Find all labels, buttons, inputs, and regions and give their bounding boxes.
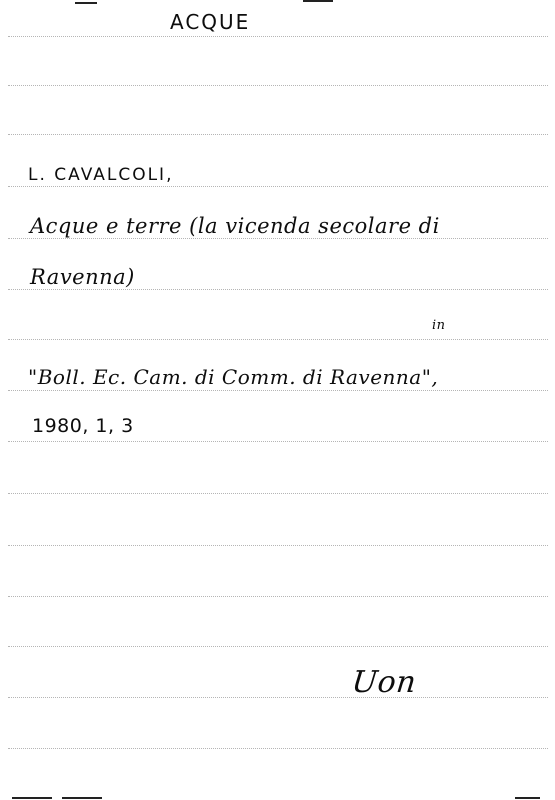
ruled-line: [8, 339, 548, 340]
index-card: ACQUE L. CAVALCOLI, Acque e terre (la vi…: [0, 0, 555, 800]
work-title-line-2: Ravenna): [30, 265, 135, 289]
ruled-line: [8, 646, 548, 647]
signature: Uon: [350, 665, 418, 700]
subject-heading: ACQUE: [170, 10, 250, 34]
ruled-line: [8, 85, 548, 86]
citation-year-volume-page: 1980, 1, 3: [32, 415, 134, 437]
ruled-line: [8, 134, 548, 135]
ruled-line: [8, 390, 548, 391]
work-title-line-1: Acque e terre (la vicenda secolare di: [30, 214, 440, 238]
source-publication: "Boll. Ec. Cam. di Comm. di Ravenna",: [28, 365, 438, 389]
scan-mark-top-right: [303, 0, 333, 2]
ruled-line: [8, 748, 548, 749]
author-name: L. CAVALCOLI,: [28, 165, 173, 185]
ruled-line: [8, 697, 548, 698]
ruled-line: [8, 238, 548, 239]
ruled-line: [8, 186, 548, 187]
ruled-line: [8, 441, 548, 442]
ruled-line: [8, 596, 548, 597]
scan-mark-bottom-mid: [62, 797, 102, 799]
scan-mark-top-left: [75, 2, 97, 4]
scan-mark-bottom-right: [515, 797, 540, 799]
ruled-line: [8, 493, 548, 494]
in-label: in: [432, 318, 446, 333]
scan-mark-bottom-left: [12, 797, 52, 799]
ruled-line: [8, 545, 548, 546]
ruled-line: [8, 289, 548, 290]
ruled-line: [8, 36, 548, 37]
